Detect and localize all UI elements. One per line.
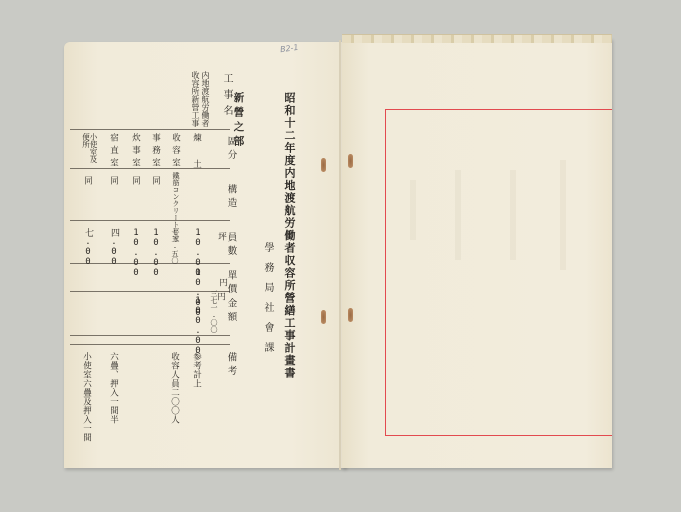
- table-rule: [70, 291, 230, 292]
- work-name-label: 工事名: [221, 73, 231, 121]
- header-area-unit: 坪: [217, 232, 226, 242]
- header-division: 區分: [226, 136, 236, 163]
- department-name: 學務局社會課: [262, 242, 272, 362]
- binding-hole-icon: [348, 308, 353, 322]
- binding-gutter: [339, 40, 341, 470]
- row-5-area: 七.00: [83, 228, 92, 267]
- row-5-division: 小使室及便所: [82, 133, 97, 167]
- row-1-division: 收容室: [171, 133, 180, 171]
- row-2-structure: 同: [151, 176, 160, 186]
- table-rule: [70, 344, 230, 345]
- row-1-amount: 三七一.〇〇: [210, 290, 217, 333]
- row-5-structure: 同: [83, 176, 92, 186]
- row-0-structure: 鐵筋コンクリート平家: [172, 172, 179, 242]
- header-amount: 金額: [226, 298, 236, 325]
- table-rule: [70, 129, 230, 130]
- work-name-value: 内地渡航労働者 收容所新營工事: [190, 71, 212, 131]
- row-3-area: 10.00: [131, 228, 140, 278]
- show-through-ghost: [410, 180, 416, 240]
- table-rule: [70, 168, 230, 169]
- row-4-remarks: 六疊、押入一間半: [109, 352, 118, 424]
- header-unit-price-unit: 円: [218, 278, 227, 288]
- table-rule: [70, 220, 230, 221]
- row-4-structure: 同: [109, 176, 118, 186]
- header-structure: 構造: [226, 184, 236, 211]
- work-name-line-2: 收容所新營工事: [191, 71, 199, 127]
- red-ruled-frame: [385, 109, 612, 436]
- header-area-count: 員數: [226, 232, 236, 259]
- row-2-area: 10.00: [151, 228, 160, 278]
- binding-hole-icon: [321, 310, 326, 324]
- work-name-line-1: 内地渡航労働者: [201, 71, 209, 127]
- row-4-area: 四.00: [109, 228, 118, 267]
- row-1-remarks: 收容人員二〇〇人: [170, 352, 179, 424]
- row-3-structure: 同: [131, 176, 140, 186]
- row-5-remarks: 小使室六疊及押入一間: [82, 352, 91, 442]
- show-through-ghost: [455, 170, 461, 260]
- row-4-division: 宿直室: [109, 133, 118, 171]
- show-through-ghost: [510, 170, 516, 260]
- binding-hole-icon: [321, 158, 326, 172]
- document-title: 昭和十二年度内地渡航労働者収容所營繕工事計畫書: [284, 92, 295, 380]
- table-rule: [70, 335, 230, 336]
- row-0-division: 煉土: [192, 133, 201, 186]
- header-remarks: 備考: [226, 352, 236, 379]
- show-through-ghost: [560, 160, 566, 270]
- row-3-division: 炊事室: [131, 133, 140, 171]
- binding-hole-icon: [348, 154, 353, 168]
- torn-top-edge: [342, 34, 612, 43]
- row-0-amount: 100.00: [193, 296, 202, 356]
- row-2-division: 事務室: [151, 133, 160, 171]
- row-0-remarks: 参考計上: [192, 352, 201, 388]
- table-rule: [70, 263, 230, 264]
